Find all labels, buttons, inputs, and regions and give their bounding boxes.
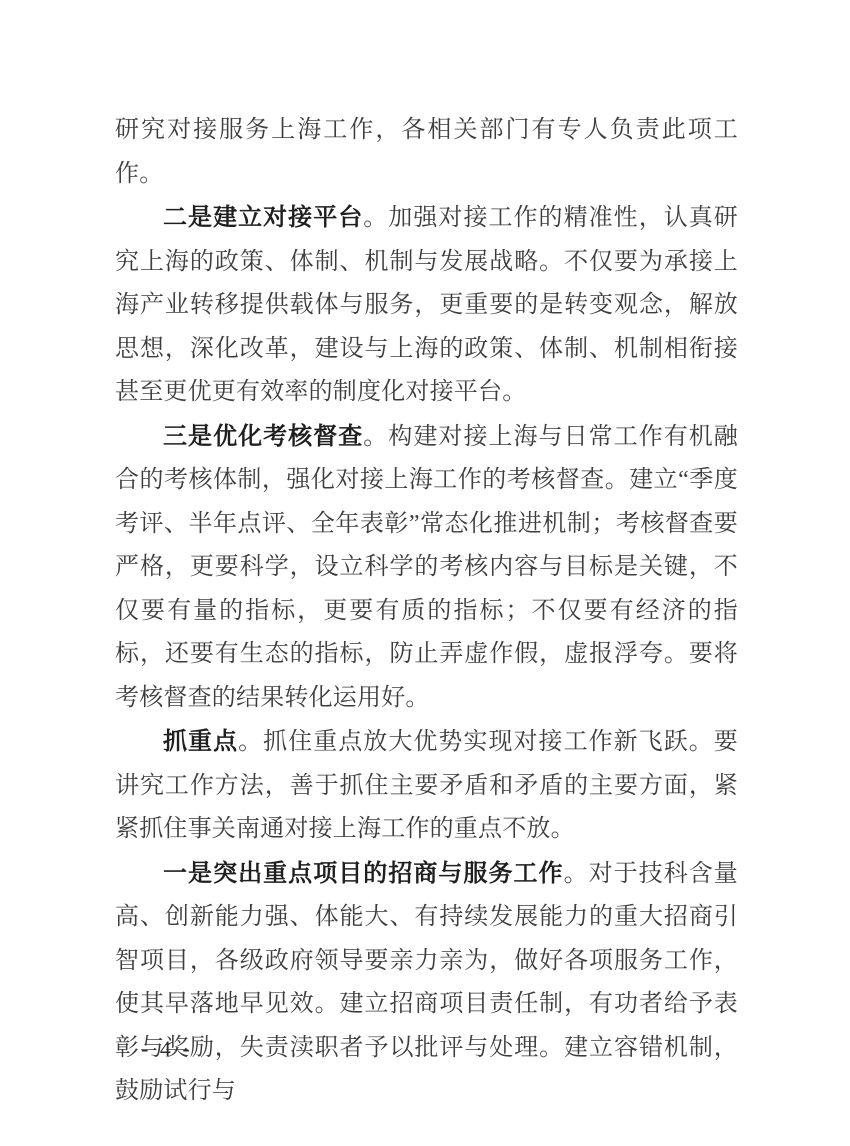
paragraph-text: 研究对接服务上海工作，各相关部门有专人负责此项工作。: [115, 117, 738, 187]
paragraph-text: 。构建对接上海与日常工作有机融合的考核体制，强化对接上海工作的考核督查。建立“季…: [115, 424, 738, 711]
paragraph: 研究对接服务上海工作，各相关部门有专人负责此项工作。: [115, 108, 738, 196]
document-page: 研究对接服务上海工作，各相关部门有专人负责此项工作。 二是建立对接平台。加强对接…: [0, 0, 850, 1146]
paragraph-text: 。加强对接工作的精准性，认真研究上海的政策、体制、机制与发展战略。不仅要为承接上…: [115, 205, 738, 405]
document-body: 研究对接服务上海工作，各相关部门有专人负责此项工作。 二是建立对接平台。加强对接…: [115, 108, 738, 1114]
paragraph: 三是优化考核督查。构建对接上海与日常工作有机融合的考核体制，强化对接上海工作的考…: [115, 415, 738, 721]
paragraph-text: 。对于技科含量高、创新能力强、体能大、有持续发展能力的重大招商引智项目，各级政府…: [115, 861, 738, 1105]
paragraph: 一是突出重点项目的招商与服务工作。对于技科含量高、创新能力强、体能大、有持续发展…: [115, 852, 738, 1114]
page-number: - 4 -: [141, 1036, 193, 1062]
paragraph: 二是建立对接平台。加强对接工作的精准性，认真研究上海的政策、体制、机制与发展战略…: [115, 196, 738, 415]
paragraph-lead: 三是优化考核督查: [163, 423, 363, 450]
paragraph-lead: 二是建立对接平台: [163, 204, 363, 231]
paragraph: 抓重点。抓住重点放大优势实现对接工作新飞跃。要讲究工作方法，善于抓住主要矛盾和矛…: [115, 720, 738, 852]
paragraph-lead: 一是突出重点项目的招商与服务工作: [163, 860, 564, 887]
paragraph-lead: 抓重点: [163, 728, 238, 755]
